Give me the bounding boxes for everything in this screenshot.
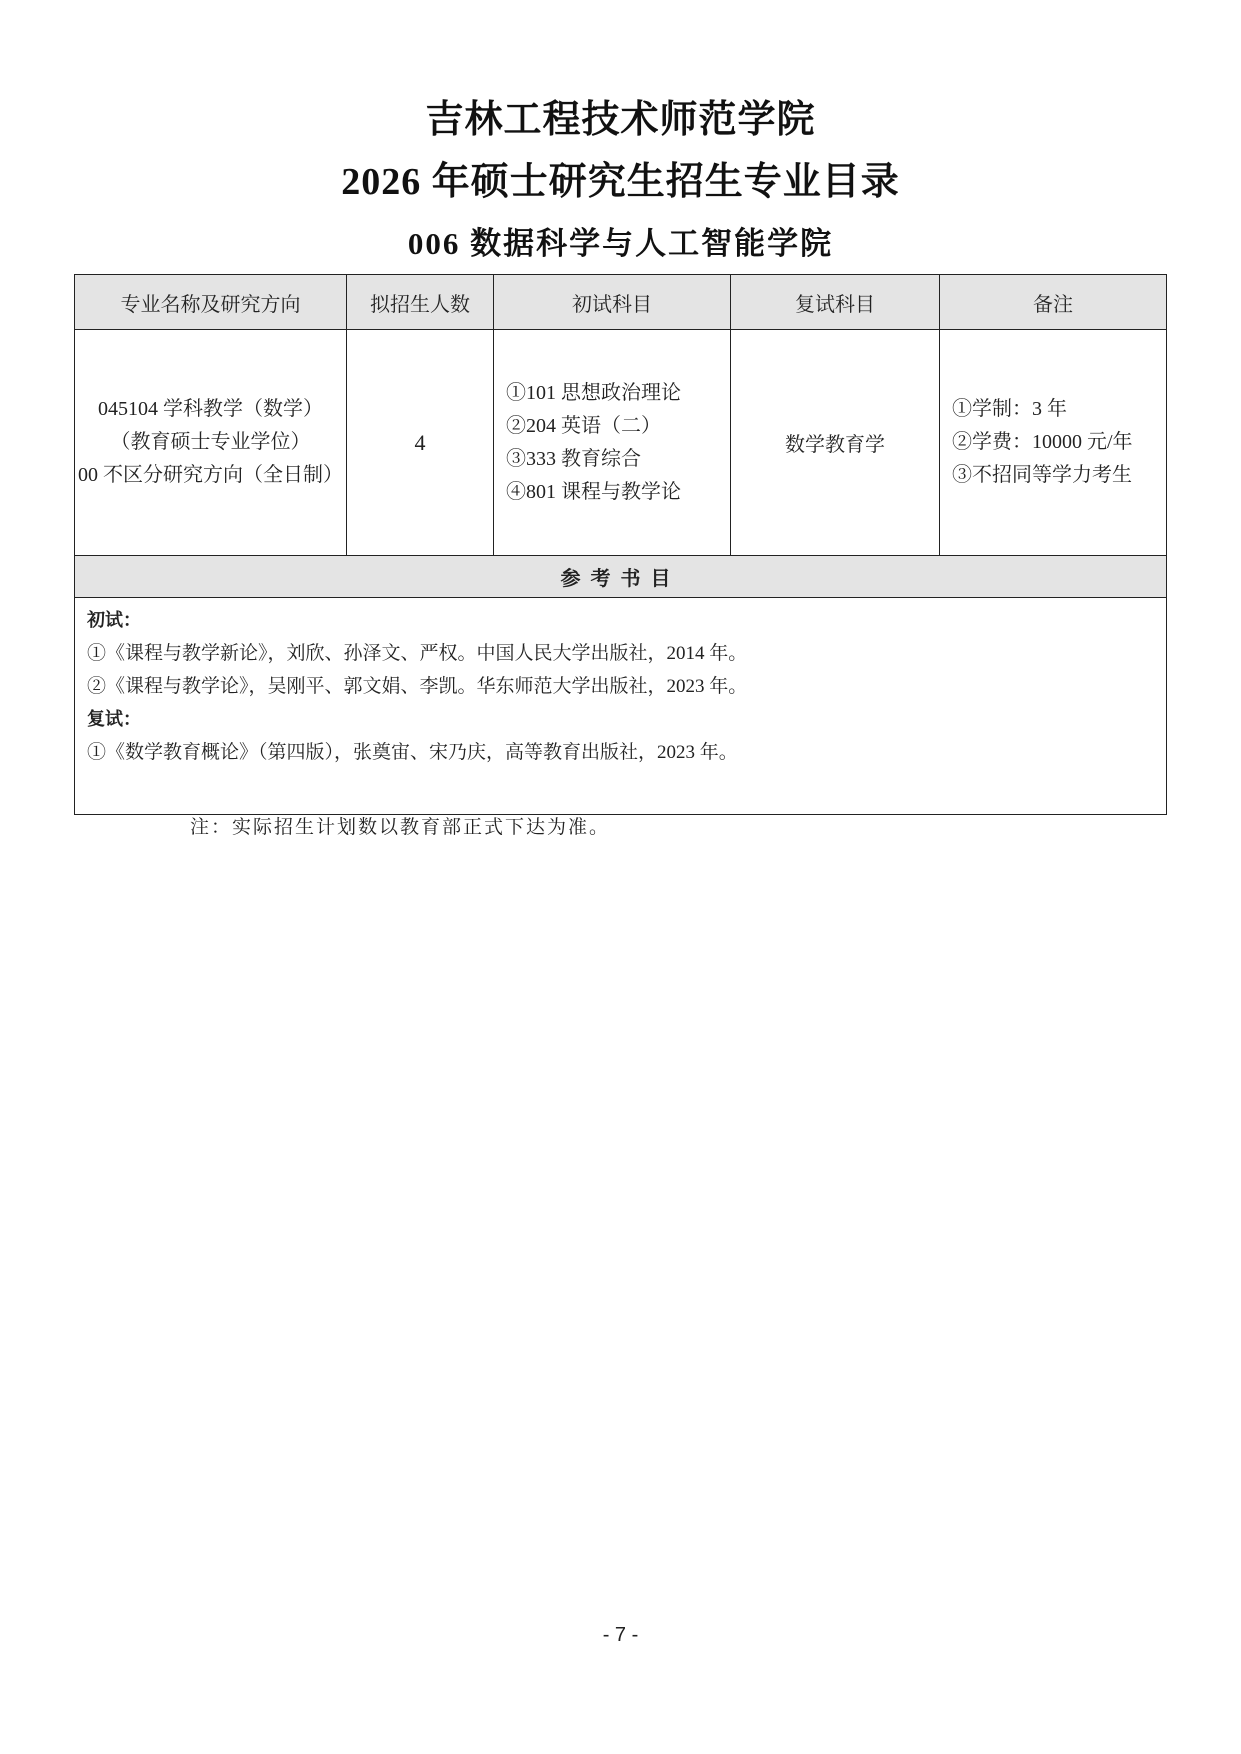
initial-exam-label: 初试： <box>87 604 1166 637</box>
note-item: ①学制：3 年 <box>952 393 1166 426</box>
column-header-notes: 备注 <box>940 275 1167 330</box>
references-body-row: 初试： ①《课程与教学新论》，刘欣、孙泽文、严权。中国人民大学出版社，2014 … <box>75 598 1167 815</box>
reference-book: ①《课程与教学新论》，刘欣、孙泽文、严权。中国人民大学出版社，2014 年。 <box>87 637 1166 670</box>
enrollment-catalog-table: 专业名称及研究方向 拟招生人数 初试科目 复试科目 备注 045104 学科教学… <box>74 274 1167 815</box>
footnote: 注：实际招生计划数以教育部正式下达为准。 <box>190 812 610 839</box>
column-header-initial-exam: 初试科目 <box>494 275 731 330</box>
references-header-row: 参考书目 <box>75 556 1167 598</box>
planned-enrollment-cell: 4 <box>347 330 494 556</box>
table-header-row: 专业名称及研究方向 拟招生人数 初试科目 复试科目 备注 <box>75 275 1167 330</box>
initial-exam-cell: ①101 思想政治理论 ②204 英语（二） ③333 教育综合 ④801 课程… <box>494 330 731 556</box>
major-cell: 045104 学科教学（数学） （教育硕士专业学位） 00 不区分研究方向（全日… <box>75 330 347 556</box>
reference-book: ②《课程与教学论》，吴刚平、郭文娟、李凯。华东师范大学出版社，2023 年。 <box>87 670 1166 703</box>
column-header-major: 专业名称及研究方向 <box>75 275 347 330</box>
exam-subject: ④801 课程与教学论 <box>506 476 730 509</box>
exam-subject: ①101 思想政治理论 <box>506 377 730 410</box>
table-row: 045104 学科教学（数学） （教育硕士专业学位） 00 不区分研究方向（全日… <box>75 330 1167 556</box>
exam-subject: ③333 教育综合 <box>506 443 730 476</box>
notes-cell: ①学制：3 年 ②学费：10000 元/年 ③不招同等学力考生 <box>940 330 1167 556</box>
retest-subject-cell: 数学教育学 <box>731 330 940 556</box>
column-header-planned-enrollment: 拟招生人数 <box>347 275 494 330</box>
catalog-title: 2026 年硕士研究生招生专业目录 <box>0 150 1241 205</box>
references-heading: 参考书目 <box>75 556 1167 598</box>
column-header-retest: 复试科目 <box>731 275 940 330</box>
exam-subject: ②204 英语（二） <box>506 410 730 443</box>
references-cell: 初试： ①《课程与教学新论》，刘欣、孙泽文、严权。中国人民大学出版社，2014 … <box>75 598 1167 815</box>
institution-title: 吉林工程技术师范学院 <box>0 88 1241 143</box>
degree-type: （教育硕士专业学位） <box>75 426 346 459</box>
note-item: ③不招同等学力考生 <box>952 459 1166 492</box>
retest-label: 复试： <box>87 703 1166 736</box>
note-item: ②学费：10000 元/年 <box>952 426 1166 459</box>
department-title: 006 数据科学与人工智能学院 <box>0 218 1241 263</box>
major-code-name: 045104 学科教学（数学） <box>75 393 346 426</box>
research-direction: 00 不区分研究方向（全日制） <box>75 459 346 492</box>
reference-book: ①《数学教育概论》（第四版），张奠宙、宋乃庆，高等教育出版社，2023 年。 <box>87 736 1166 769</box>
page-number: - 7 - <box>0 1624 1241 1647</box>
